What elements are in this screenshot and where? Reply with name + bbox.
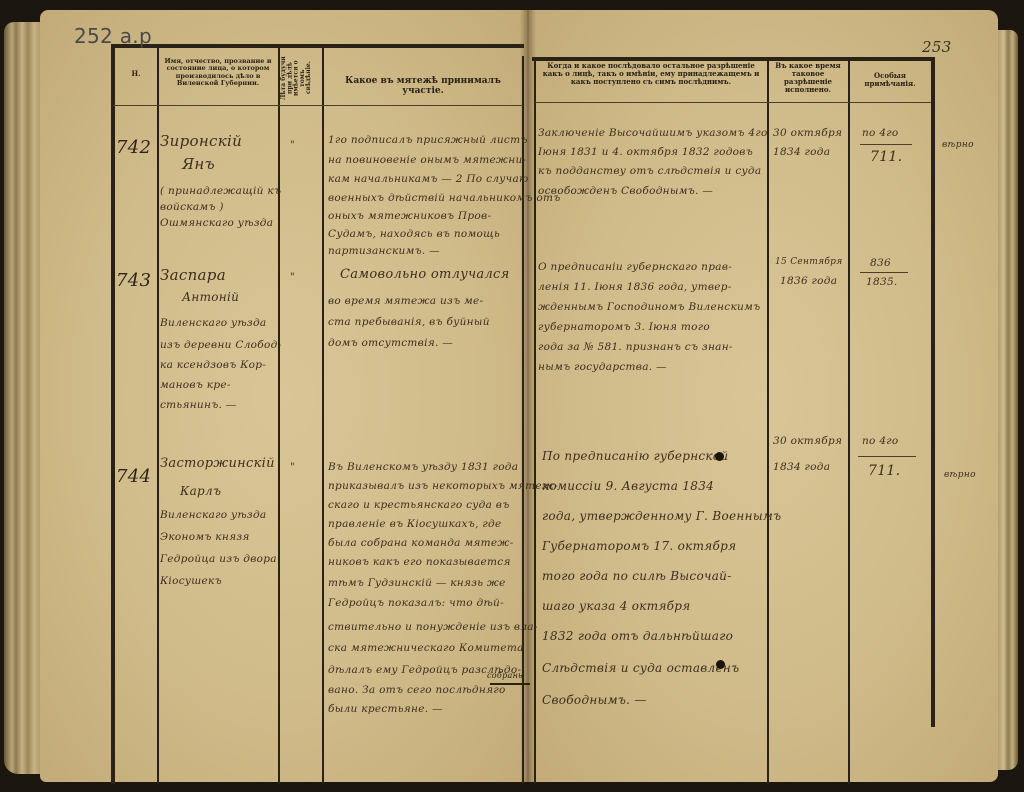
entry-resolution: года, утвержденному Г. Военнымъ <box>542 510 781 522</box>
entry-participation: военныхъ дѣйствій начальникомъ отъ <box>328 193 561 204</box>
entry-status: войскамъ ) <box>160 202 224 213</box>
entry-status: Гедройца изъ двора <box>160 554 277 565</box>
entry-participation: скаго и крестьянскаго суда въ <box>328 500 510 511</box>
right-page-stack <box>996 30 1018 770</box>
entry-participation: ска мятежническаго Комитета <box>328 643 524 654</box>
entry-participation: никовъ какъ его показывается <box>328 557 511 568</box>
entry-resolution: Заключеніе Высочайшимъ указомъ 4го <box>538 128 768 139</box>
entry-executed-date: 30 октября <box>773 436 842 447</box>
correction-underline <box>490 683 530 685</box>
col-rule-person <box>278 44 280 784</box>
entry-ref-bottom: 711. <box>870 150 902 164</box>
entry-participation: Судамъ, находясь въ помощь <box>328 229 500 240</box>
entry-status: изъ деревни Слобод- <box>160 340 281 351</box>
entry-resolution: 1832 года отъ дальнѣйшаго <box>542 630 733 642</box>
entry-resolution: Губернаторомъ 17. октября <box>542 540 736 552</box>
ref-fraction-line <box>858 456 916 457</box>
entry-ref-top: 836 <box>870 258 891 269</box>
right-outer-rule <box>931 57 935 727</box>
entry-number: 743 <box>116 270 151 291</box>
entry-participation: была собрана команда мятеж- <box>328 538 514 549</box>
entry-participation: были крестьяне. — <box>328 704 443 715</box>
entry-status: стьянинъ. — <box>160 400 237 411</box>
entry-executed-year: 1834 года <box>773 147 830 158</box>
entry-resolution: года за № 581. признанъ съ знан- <box>538 342 733 353</box>
entry-participation: оныхъ мятежниковъ Пров- <box>328 211 491 222</box>
entry-status: Виленскаго уѣзда <box>160 318 266 329</box>
entry-name: Засторжинскій <box>160 456 275 471</box>
col-rule-years <box>322 44 324 784</box>
entry-name: Карлъ <box>180 484 221 498</box>
entry-participation: 1го подписалъ присяжный листъ <box>328 135 528 146</box>
entry-resolution: губернаторомъ 3. Іюня того <box>538 322 710 333</box>
entry-executed-year: 1834 года <box>773 462 830 473</box>
entry-participation: Въ Виленскомъ уѣзду 1831 года <box>328 462 518 473</box>
entry-resolution: Свободнымъ. — <box>542 694 647 706</box>
entry-resolution: шаго указа 4 октября <box>542 600 691 612</box>
entry-participation: ствительно и понужденіе изъ вла- <box>328 622 538 633</box>
entry-status: Экономъ князя <box>160 532 250 543</box>
entry-resolution: къ подданству отъ слѣдствія и суда <box>538 166 761 177</box>
entry-name: Янъ <box>182 155 215 173</box>
ref-fraction-line <box>860 272 908 273</box>
col-rule-executed <box>848 57 850 784</box>
inserted-correction: собраны <box>487 672 525 680</box>
entry-name: Зиронскій <box>160 132 242 150</box>
entry-status: Виленскаго уѣзда <box>160 510 266 521</box>
entry-status: Кіосушекъ <box>160 576 222 587</box>
header-resolution: Когда и какое послѣдовало остальное разр… <box>536 62 766 86</box>
entry-resolution: ленія 11. Іюня 1836 года, утвер- <box>538 282 732 293</box>
entry-resolution: комиссіи 9. Августа 1834 <box>542 480 714 492</box>
header-years: Лѣта будучи при дѣлѣ имѣется о томъ свѣд… <box>281 52 321 104</box>
ref-fraction-line <box>860 144 912 145</box>
entry-ditto: " <box>290 462 295 473</box>
entry-resolution: Іюня 1831 и 4. октября 1832 годовъ <box>538 147 753 158</box>
col-rule-resolution <box>767 57 769 784</box>
entry-ref-top: по 4го <box>862 128 899 139</box>
binding-hole <box>716 660 725 669</box>
header-participation: Какое въ мятежѣ принималъ участіе. <box>326 76 520 97</box>
header-number: Н. <box>118 70 154 78</box>
margin-note: вѣрно <box>942 140 974 150</box>
right-inner-rule <box>534 57 536 784</box>
entry-resolution: Слѣдствія и суда оставленъ <box>542 662 739 674</box>
entry-participation: правленіе въ Кіосушкахъ, где <box>328 519 501 530</box>
entry-participation: Самовольно отлучался <box>340 268 510 281</box>
entry-status: ( принадлежащій къ <box>160 186 281 197</box>
entry-number: 742 <box>116 137 151 158</box>
header-executed: Въ какое время таковое разрѣшеніе исполн… <box>769 62 847 94</box>
folio-number-right: 253 <box>922 38 952 56</box>
entry-executed-year: 1836 года <box>780 276 837 287</box>
entry-ref-bottom: 1835. <box>866 277 898 288</box>
entry-participation: домъ отсутствія. — <box>328 338 453 349</box>
entry-executed-date: 15 Сентября <box>775 258 842 267</box>
left-top-rule <box>112 44 524 48</box>
left-header-bottom-rule <box>113 105 523 106</box>
entry-ref-bottom: 711. <box>868 464 900 478</box>
entry-participation: ста пребыванія, въ буйный <box>328 317 490 328</box>
entry-resolution: жденнымъ Господиномъ Виленскимъ <box>538 302 760 313</box>
entry-resolution: По предписанію губернской <box>542 450 728 462</box>
entry-status: Ошмянскаго уѣзда <box>160 218 273 229</box>
binding-hole <box>715 452 724 461</box>
book-spread: Н. Имя, отчество, прозвание и состояние … <box>0 0 1024 792</box>
entry-participation: тѣмъ Гудзинскій — князь же <box>328 578 506 589</box>
entry-resolution: нымъ государства. — <box>538 362 667 373</box>
entry-participation: на повиновеніе онымъ мятежни- <box>328 155 526 166</box>
left-page-stack <box>4 22 44 774</box>
entry-name: Заспара <box>160 266 226 284</box>
left-outer-rule <box>111 44 115 784</box>
margin-note: вѣрно <box>944 470 976 480</box>
entry-participation: Гедройцъ показалъ: что дѣй- <box>328 598 504 609</box>
entry-resolution: О предписаніи губернскаго прав- <box>538 262 732 273</box>
entry-name: Антоній <box>182 290 239 304</box>
entry-resolution: того года по силѣ Высочай- <box>542 570 732 582</box>
header-person: Имя, отчество, прозвание и состояние лиц… <box>159 58 277 88</box>
folio-note-left: 252 a.p <box>74 24 152 48</box>
entry-resolution: освобожденъ Свободнымъ. — <box>538 186 713 197</box>
entry-number: 744 <box>116 466 151 487</box>
header-remarks: Особыя примѣчанія. <box>850 72 930 88</box>
entry-participation: во время мятежа изъ ме- <box>328 296 483 307</box>
entry-status: мановъ кре- <box>160 380 231 391</box>
entry-status: ка ксендзовъ Кор- <box>160 360 266 371</box>
entry-participation: кам начальникамъ — 2 По случаю <box>328 174 529 185</box>
col-rule-number <box>157 44 159 784</box>
entry-ditto: " <box>290 272 295 283</box>
entry-ref-top: по 4го <box>862 436 899 447</box>
right-header-bottom-rule <box>535 102 931 103</box>
entry-participation: приказывалъ изъ некоторыхъ мятеж- <box>328 481 558 492</box>
entry-executed-date: 30 октября <box>773 128 842 139</box>
entry-participation: партизанскимъ. — <box>328 246 440 257</box>
entry-ditto: " <box>290 140 295 151</box>
entry-participation: вано. За отъ сего послѣдняго <box>328 685 506 696</box>
